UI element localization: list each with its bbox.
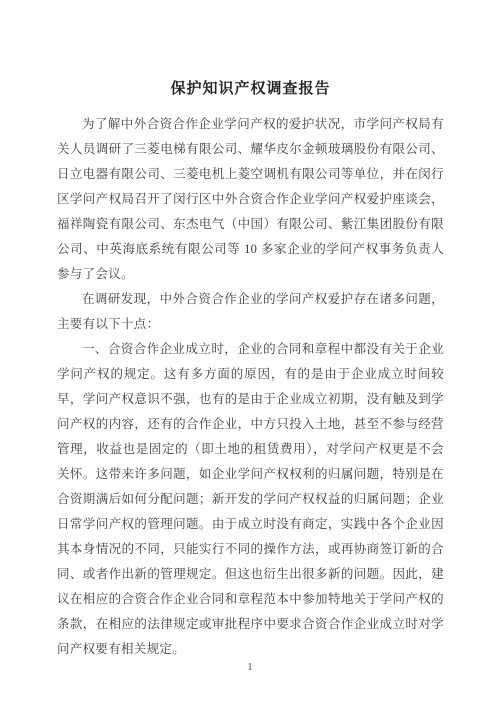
document-title: 保护知识产权调查报告 — [57, 78, 444, 100]
paragraph-findings-lead: 在调研发现，中外合资合作企业的学问产权爱护存在诸多问题，主要有以下十点： — [57, 287, 444, 337]
page-number: 1 — [0, 661, 500, 673]
paragraph-intro: 为了解中外合资合作企业学问产权的爱护状况，市学问产权局有关人员调研了三菱电梯有限… — [57, 112, 444, 287]
paragraph-point-one: 一、合资合作企业成立时，企业的合同和章程中都没有关于企业学问产权的规定。这有多方… — [57, 337, 444, 662]
document-page: 保护知识产权调查报告 为了解中外合资合作企业学问产权的爱护状况，市学问产权局有关… — [0, 0, 500, 707]
